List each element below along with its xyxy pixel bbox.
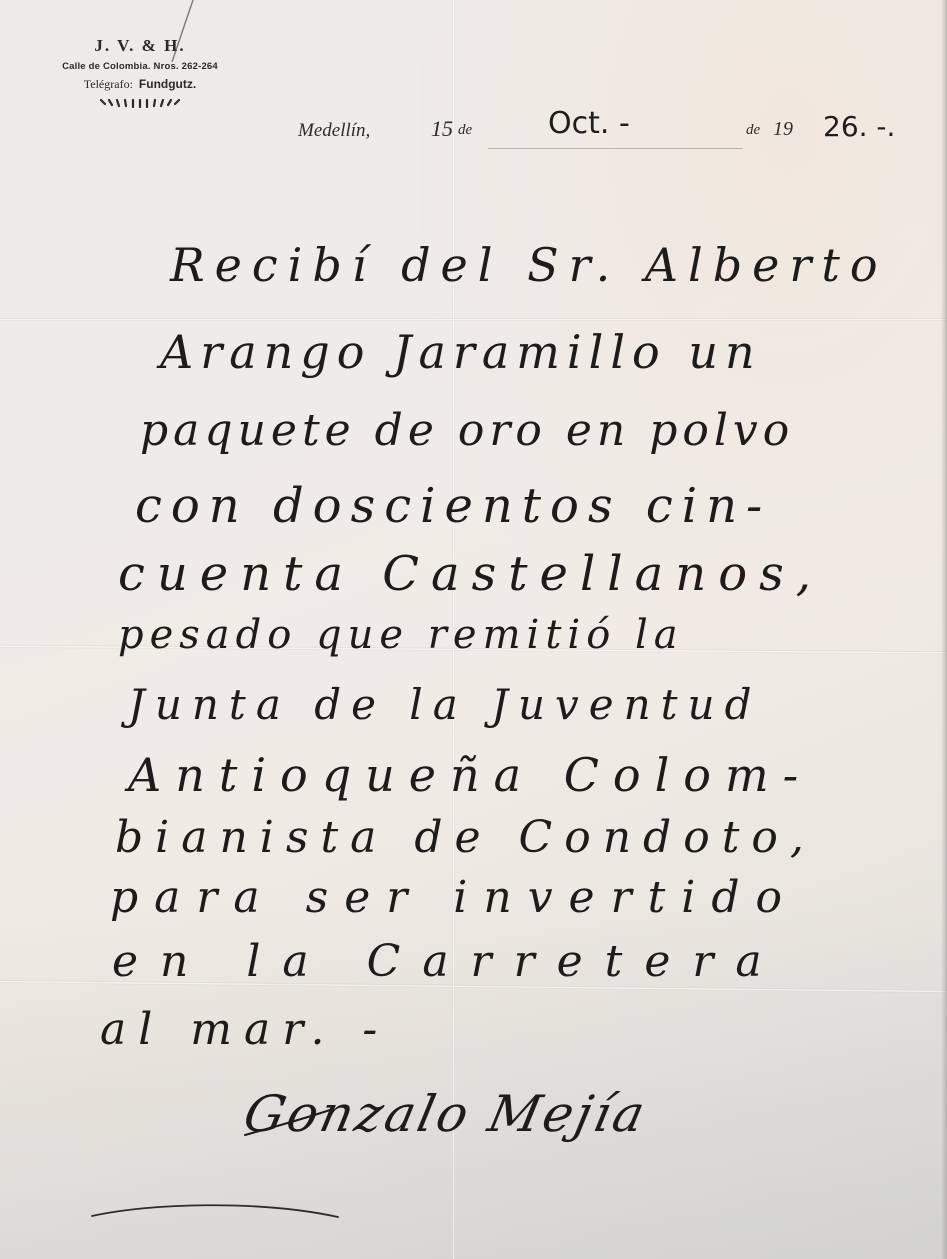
signature-flourish bbox=[0, 0, 947, 1259]
receipt-document: J. V. & H. Calle de Colombia. Nros. 262-… bbox=[0, 0, 947, 1259]
